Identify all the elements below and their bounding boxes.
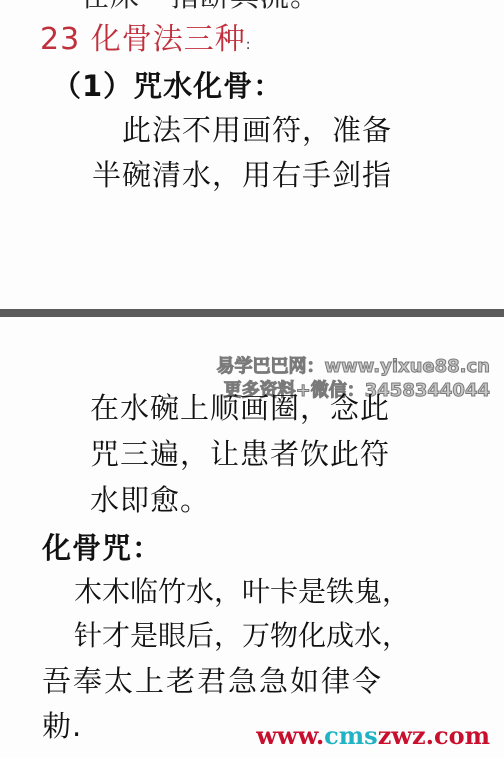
verse-line: 吾奉太上老君急急如律令 [42,663,383,699]
site-watermark-suffix: zwz.com [378,721,490,750]
page-bottom: 易学巴巴网：www.yixue88.cn 更多资料+微信：3458344044 … [0,318,504,758]
section-title-text: 23 化骨法三种 [40,22,246,57]
body-line: 水即愈。 [90,482,210,518]
incantation-heading: 化骨咒： [42,530,162,566]
body-line: 此法不用画符，准备 [122,112,392,148]
section-title: 23 化骨法三种: [40,22,251,63]
body-line: 在水碗上顺画圈，念此 [90,390,390,426]
body-line: 咒三遍，让患者饮此符 [90,436,390,472]
verse-line: 木木临竹水，叶卡是铁鬼， [74,574,410,610]
subheading: （1）咒水化骨： [52,68,283,104]
verse-line: 勅. [42,708,82,744]
site-watermark-middle: cms [324,721,378,750]
verse-line: 针才是眼后，万物化成水， [74,618,410,654]
body-line: 半碗清水，用右手剑指 [92,157,392,193]
watermark-line-1: 易学巴巴网：www.yixue88.cn [217,356,490,378]
site-watermark-prefix: www. [256,721,324,750]
cutoff-text-line: 在床一指断其流。 [80,0,320,14]
section-title-colon: : [246,37,252,53]
page-divider [0,309,504,317]
site-watermark: www.cmszwz.com [256,721,490,750]
page-top: 在床一指断其流。 23 化骨法三种: （1）咒水化骨： 此法不用画符，准备 半碗… [0,0,504,308]
